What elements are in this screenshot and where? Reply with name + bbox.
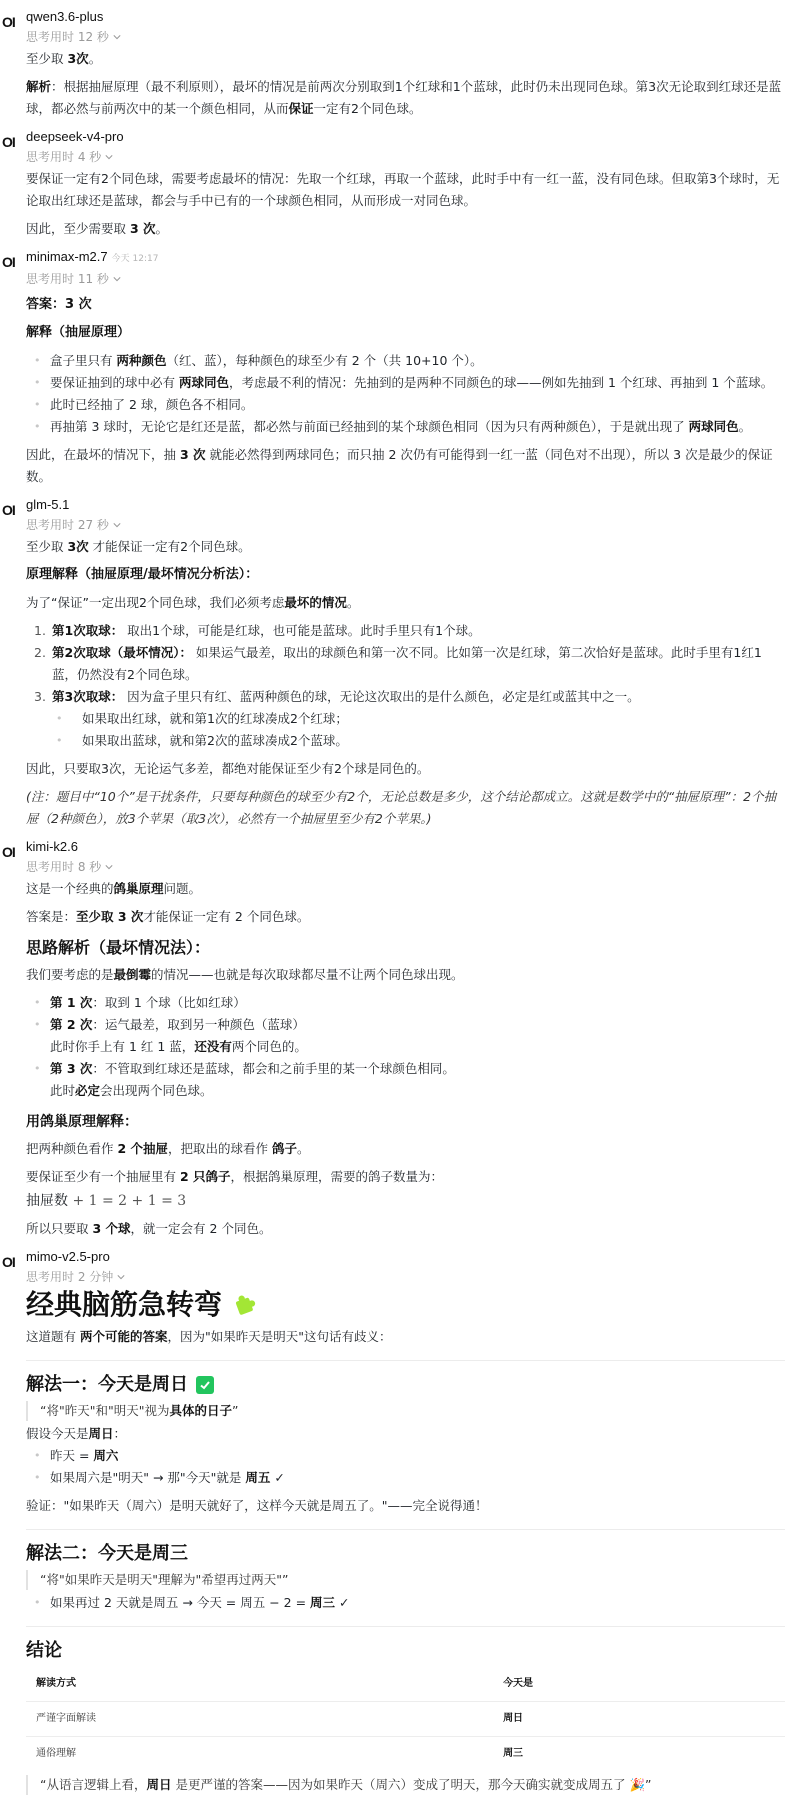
model-avatar: OI [2,254,15,270]
table-row: 通俗理解 周三 [26,1737,785,1772]
list-item: 盒子里只有 两种颜色（红、蓝），每种颜色的球至少有 2 个（共 10+10 个）… [34,350,785,372]
message-glm: OI glm-5.1 思考用时 27 秒 至少取 3次 才能保证一定有2个同色球… [0,494,799,830]
table-header: 解读方式 [26,1667,493,1702]
steps-list: 1.第1次取球： 取出1个球，可能是红球，也可能是蓝球。此时手里只有1个球。 2… [26,620,785,752]
list-item: 此时已经抽了 2 球，颜色各不相同。 [34,394,785,416]
chevron-down-icon [113,521,121,529]
solution-2-list: 如果再过 2 天就是周五 → 今天 = 周五 − 2 = 周三 ✓ [26,1592,785,1614]
message-deepseek: OI deepseek-v4-pro 思考用时 4 秒 要保证一定有2个同色球，… [0,126,799,240]
thinking-toggle[interactable]: 思考用时 8 秒 [26,858,785,876]
check-mark-icon [196,1376,214,1394]
solution-1-heading: 解法一：今天是周日 [26,1371,785,1399]
table-header: 今天是 [493,1667,785,1702]
sub-list: 如果取出红球，就和第1次的红球凑成2个红球； 如果取出蓝球，就和第2次的蓝球凑成… [52,708,785,752]
chevron-down-icon [113,275,121,283]
answer-heading: 答案：3 次 [26,294,785,316]
conclusion-table: 解读方式 今天是 严谨字面解读 周日 通俗理解 周三 [26,1667,785,1771]
divider [26,1529,785,1530]
final-quote: “从语言逻辑上看，周日 是更严谨的答案——因为如果昨天（周六）变成了明天，那今天… [26,1775,785,1795]
explain-list: 盒子里只有 两种颜色（红、蓝），每种颜色的球至少有 2 个（共 10+10 个）… [26,350,785,438]
worst-case: 我们要考虑的是最倒霉的情况——也就是每次取球都尽量不让两个同色球出现。 [26,964,785,986]
blockquote: “将"如果昨天是明天"理解为"希望再过两天"” [26,1570,785,1590]
table-header-row: 解读方式 今天是 [26,1667,785,1702]
model-name: deepseek-v4-pro [26,128,124,146]
list-item: 再抽第 3 球时，无论它是红还是蓝，都必然与前面已经抽到的某个球颜色相同（因为只… [34,416,785,438]
model-avatar: OI [2,1254,15,1270]
thinking-duration: 思考用时 27 秒 [26,516,109,534]
thinking-toggle[interactable]: 思考用时 2 分钟 [26,1268,785,1286]
solution-2-heading: 解法二：今天是周三 [26,1540,785,1568]
thinking-toggle[interactable]: 思考用时 11 秒 [26,270,785,288]
analysis: 解析：根据抽屉原理（最不利原则），最坏的情况是前两次分别取到1个红球和1个蓝球，… [26,76,785,120]
principle-heading: 原理解释（抽屉原理/最坏情况分析法）： [26,564,785,586]
pigeon-paragraph: 把两种颜色看作 2 个抽屉，把取出的球看作 鸽子。 [26,1138,785,1160]
assumption: 假设今天是周日： [26,1423,785,1445]
thinking-duration: 思考用时 4 秒 [26,148,101,166]
list-item: 第 3 次：不管取到红球还是蓝球，都会和之前手里的某一个球颜色相同。 此时必定会… [34,1058,785,1102]
list-item: 2.第2次取球（最坏情况）： 如果运气最差，取出的球颜色和第一次不同。比如第一次… [26,642,785,686]
response-title: 经典脑筋急转弯 [26,1286,785,1324]
puzzle-icon [232,1292,258,1318]
thinking-toggle[interactable]: 思考用时 12 秒 [26,28,785,46]
chevron-down-icon [117,1273,125,1281]
conclusion: 因此，至少需要取 3 次。 [26,218,785,240]
steps-list: 第 1 次：取到 1 个球（比如红球） 第 2 次：运气最差，取到另一种颜色（蓝… [26,992,785,1102]
conclusion-heading: 结论 [26,1637,785,1665]
formula: 抽屉数 + 1 = 2 + 1 = 3 [26,1190,785,1212]
model-avatar: OI [2,502,15,518]
list-item: 如果再过 2 天就是周五 → 今天 = 周五 − 2 = 周三 ✓ [34,1592,785,1614]
table-row: 严谨字面解读 周日 [26,1702,785,1737]
message-minimax: OI minimax-m2.7今天 12:17 思考用时 11 秒 答案：3 次… [0,246,799,488]
answer: 答案是：至少取 3 次才能保证一定有 2 个同色球。 [26,906,785,928]
list-item: 3.第3次取球： 因为盒子里只有红、蓝两种颜色的球，无论这次取出的是什么颜色，必… [26,686,785,752]
list-item: 1.第1次取球： 取出1个球，可能是红球，也可能是蓝球。此时手里只有1个球。 [26,620,785,642]
intro: 为了“保证”一定出现2个同色球，我们必须考虑最坏的情况。 [26,592,785,614]
list-item: 如果取出蓝球，就和第2次的蓝球凑成2个蓝球。 [56,730,785,752]
pigeon-paragraph: 要保证至少有一个抽屉里有 2 只鸽子，根据鸽巢原理，需要的鸽子数量为： [26,1166,785,1188]
analysis-heading: 思路解析（最坏情况法）： [26,936,785,960]
answer: 至少取 3次 才能保证一定有2个同色球。 [26,536,785,558]
list-item: 昨天 = 周六 [34,1445,785,1467]
thinking-duration: 思考用时 11 秒 [26,270,109,288]
conclusion: 因此，只要取3次，无论运气多差，都绝对能保证至少有2个球是同色的。 [26,758,785,780]
table-cell: 严谨字面解读 [26,1702,493,1737]
verification: 验证："如果昨天（周六）是明天就好了，这样今天就是周五了。"——完全说得通！ [26,1495,785,1517]
table-cell: 周三 [493,1737,785,1772]
list-item: 第 2 次：运气最差，取到另一种颜色（蓝球） 此时你手上有 1 红 1 蓝，还没… [34,1014,785,1058]
divider [26,1626,785,1627]
model-name: kimi-k2.6 [26,838,78,856]
thinking-toggle[interactable]: 思考用时 4 秒 [26,148,785,166]
intro: 这是一个经典的鸽巢原理问题。 [26,878,785,900]
answer: 至少取 3次。 [26,48,785,70]
model-name: qwen3.6-plus [26,8,103,26]
thinking-duration: 思考用时 2 分钟 [26,1268,113,1286]
thinking-duration: 思考用时 12 秒 [26,28,109,46]
divider [26,1360,785,1361]
table-cell: 周日 [493,1702,785,1737]
model-avatar: OI [2,134,15,150]
thinking-duration: 思考用时 8 秒 [26,858,101,876]
table-cell: 通俗理解 [26,1737,493,1772]
model-name: minimax-m2.7 [26,248,108,266]
paragraph: 要保证一定有2个同色球，需要考虑最坏的情况：先取一个红球，再取一个蓝球，此时手中… [26,168,785,212]
chevron-down-icon [105,863,113,871]
chevron-down-icon [105,153,113,161]
message-qwen: OI qwen3.6-plus 思考用时 12 秒 至少取 3次。 解析：根据抽… [0,6,799,120]
explain-heading: 解释（抽屉原理） [26,322,785,344]
model-name: glm-5.1 [26,496,69,514]
solution-1-list: 昨天 = 周六 如果周六是"明天" → 那"今天"就是 周五 ✓ [26,1445,785,1489]
thinking-toggle[interactable]: 思考用时 27 秒 [26,516,785,534]
conclusion: 因此，在最坏的情况下，抽 3 次 就能必然得到两球同色；而只抽 2 次仍有可能得… [26,444,785,488]
model-avatar: OI [2,844,15,860]
pigeon-heading: 用鸽巢原理解释： [26,1110,785,1134]
message-timestamp: 今天 12:17 [112,254,159,264]
intro: 这道题有 两个可能的答案，因为"如果昨天是明天"这句话有歧义： [26,1326,785,1348]
message-mimo: OI mimo-v2.5-pro 思考用时 2 分钟 经典脑筋急转弯 这道题有 … [0,1246,799,1795]
chevron-down-icon [113,33,121,41]
message-kimi: OI kimi-k2.6 思考用时 8 秒 这是一个经典的鸽巢原理问题。 答案是… [0,836,799,1240]
list-item: 第 1 次：取到 1 个球（比如红球） [34,992,785,1014]
model-avatar: OI [2,14,15,30]
list-item: 如果取出红球，就和第1次的红球凑成2个红球； [56,708,785,730]
list-item: 要保证抽到的球中必有 两球同色，考虑最不利的情况：先抽到的是两种不同颜色的球——… [34,372,785,394]
list-item: 如果周六是"明天" → 那"今天"就是 周五 ✓ [34,1467,785,1489]
final-answer: 所以只要取 3 个球，就一定会有 2 个同色。 [26,1218,785,1240]
blockquote: “将"昨天"和"明天"视为具体的日子” [26,1401,785,1421]
note: (注：题目中“10个”是干扰条件，只要每种颜色的球至少有2个，无论总数是多少，这… [26,786,785,830]
model-name: mimo-v2.5-pro [26,1248,110,1266]
